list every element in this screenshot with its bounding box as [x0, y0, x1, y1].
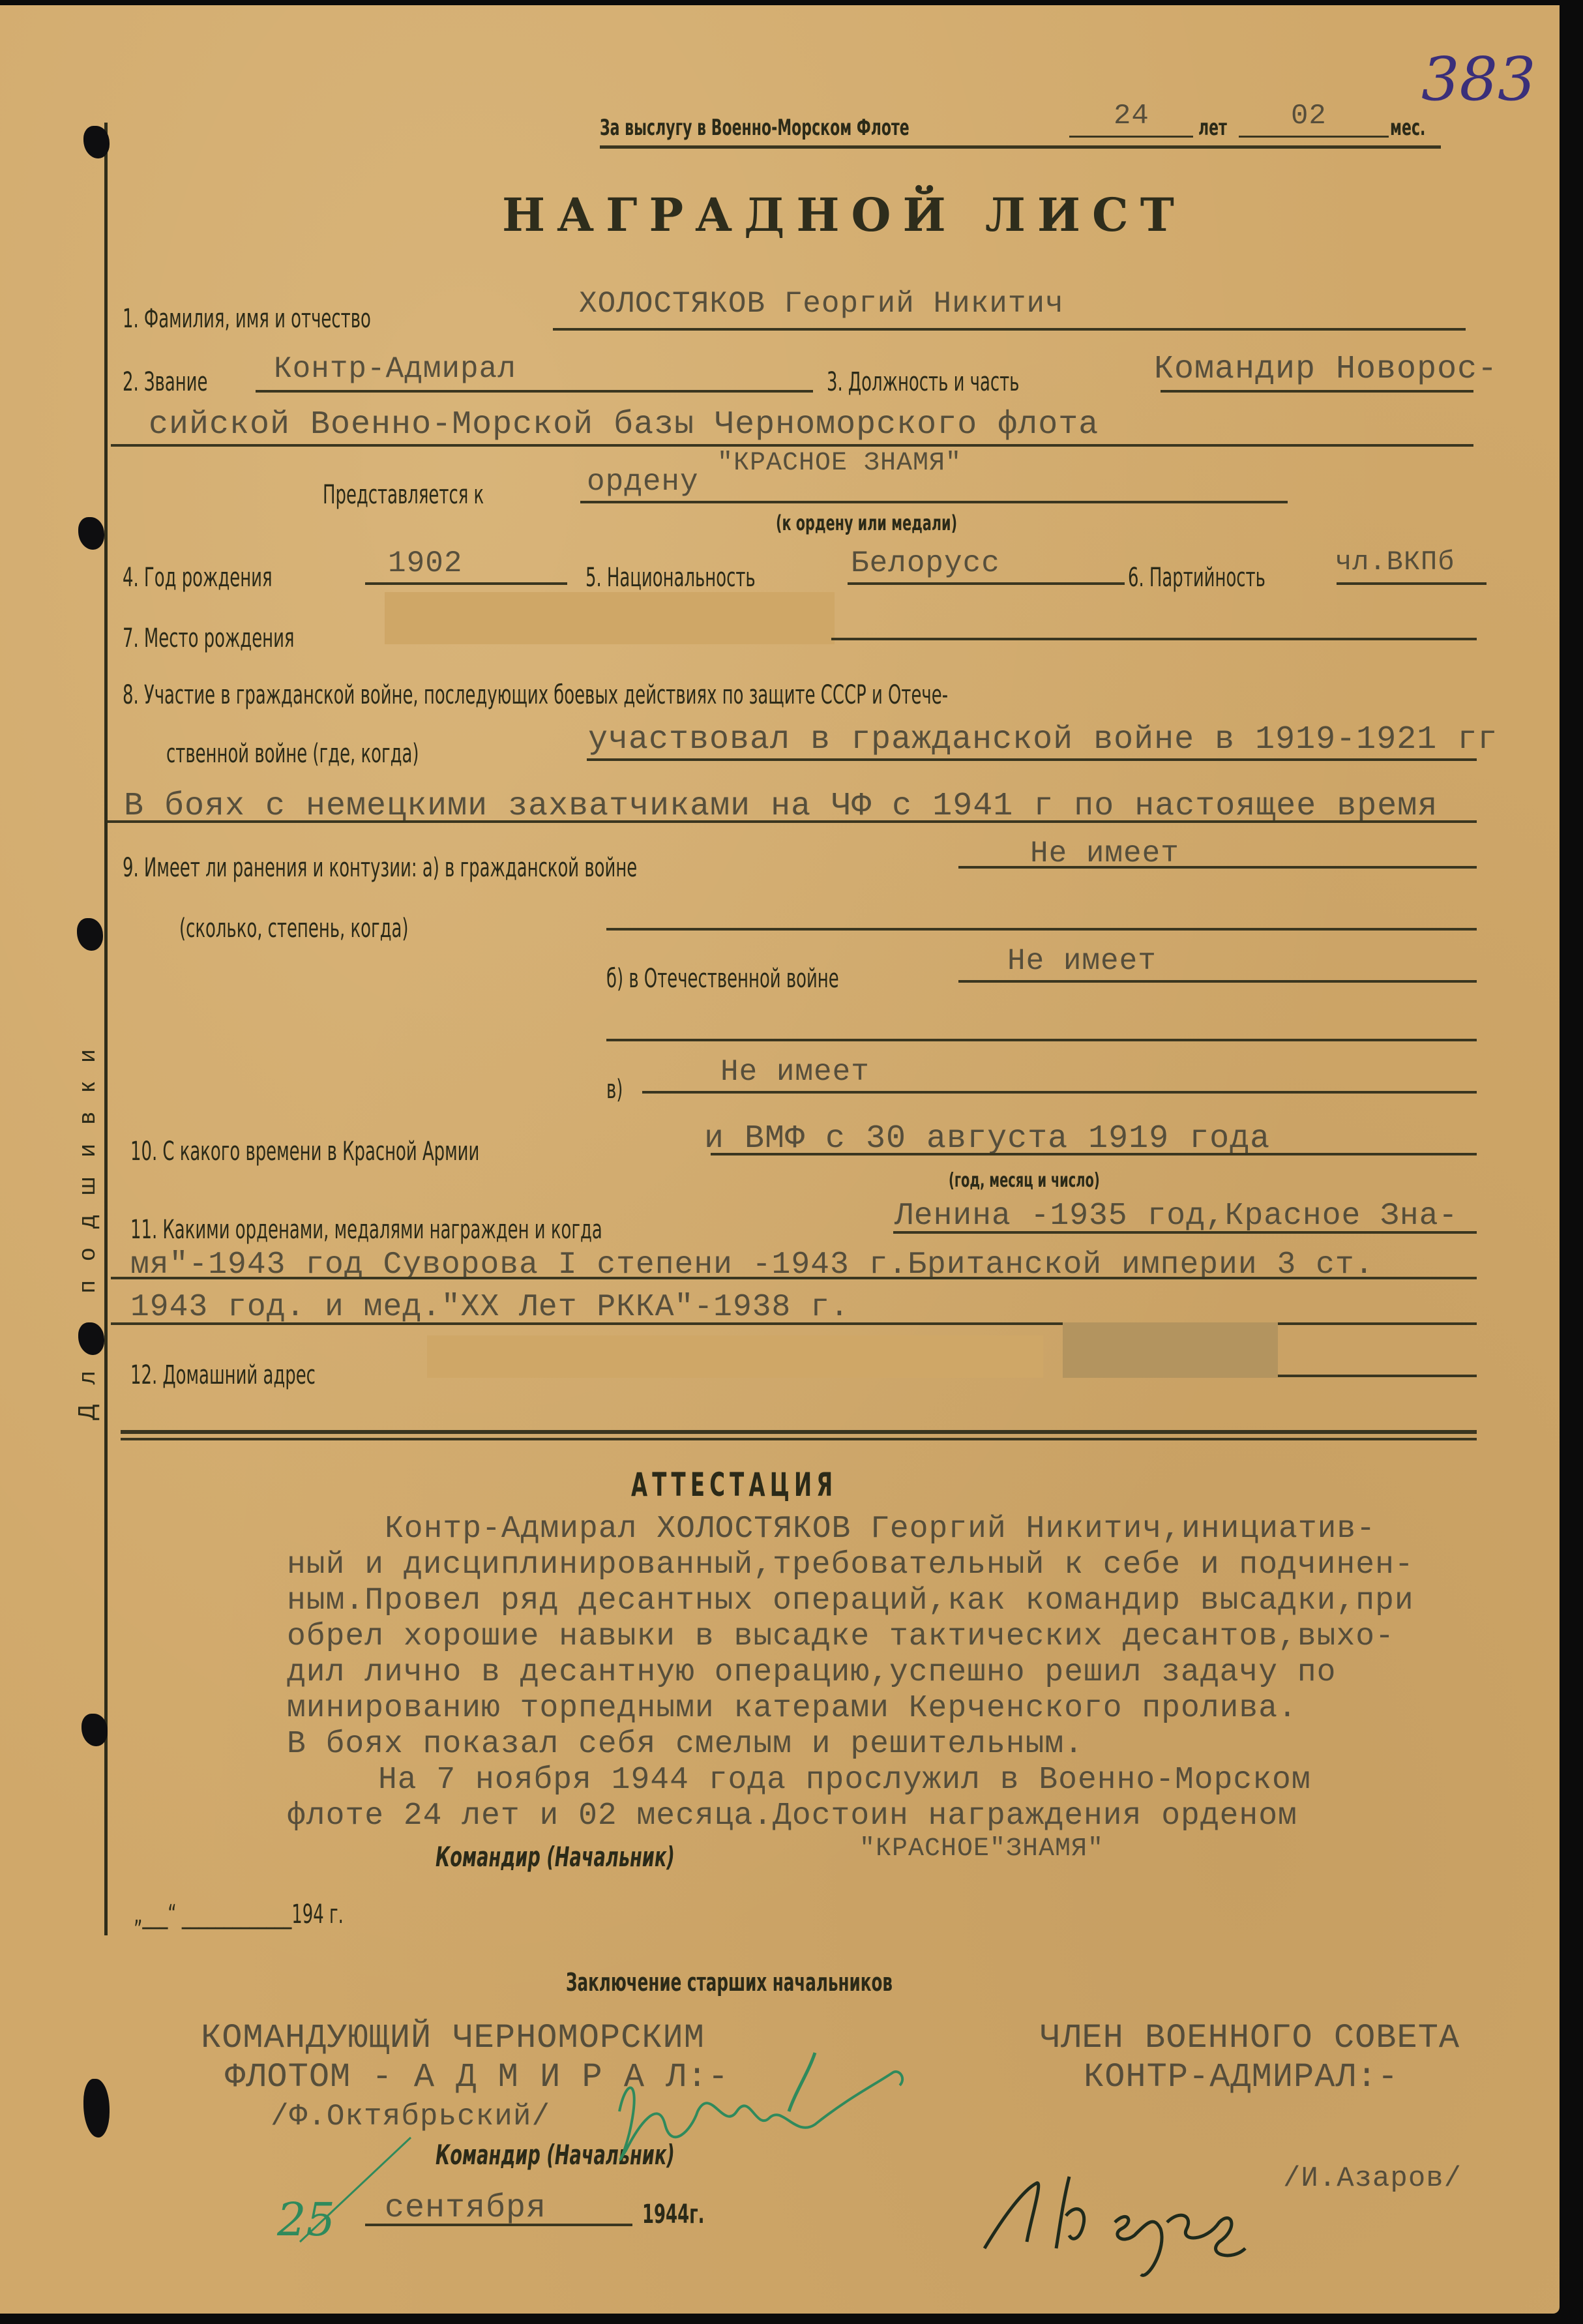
field-10-line	[711, 1153, 1477, 1155]
field-8-value-line2: В боях с немецкими захватчиками на ЧФ с …	[124, 788, 1438, 825]
service-months-value: 02	[1291, 100, 1327, 132]
field-11-value-line1: Ленина -1935 год,Красное Зна-	[895, 1199, 1458, 1234]
attestation-line: ный и дисциплинированный,требовательный …	[287, 1547, 1414, 1583]
field-5-line	[848, 582, 1125, 585]
punch-hole	[83, 126, 110, 158]
field-4-label: 4. Год рождения	[123, 563, 273, 593]
attestation-line: дил лично в десантную операцию,успешно р…	[287, 1655, 1336, 1690]
field-9b-line2	[606, 1039, 1477, 1041]
award-sheet-paper: 383 За выслугу в Военно-Морском Флоте 24…	[0, 5, 1560, 2314]
field-1-value: ХОЛОСТЯКОВ Георгий Никитич	[579, 287, 1064, 321]
signature-azarov-icon	[971, 2151, 1337, 2281]
field-5-value: Белорусс	[851, 546, 1000, 580]
attestation-line: минированию торпедными катерами Керченск…	[287, 1691, 1297, 1726]
section-separator	[121, 1430, 1477, 1434]
attestation-award-repeat: "КРАСНОЕ"ЗНАМЯ"	[859, 1834, 1104, 1864]
field-9c-line	[642, 1091, 1477, 1094]
field-9b-line	[958, 980, 1477, 983]
field-4-line	[365, 582, 567, 585]
field-11-line1	[893, 1231, 1477, 1234]
service-header-underline	[600, 145, 1441, 149]
field-8-line1	[587, 758, 1477, 761]
field-7-line	[831, 638, 1477, 640]
attestation-line: На 7 ноября 1944 года прослужил в Военно…	[378, 1763, 1311, 1798]
field-8-label-line1: 8. Участие в гражданской войне, последую…	[123, 680, 948, 710]
field-6-value: чл.ВКПб	[1335, 546, 1455, 578]
page-number: 383	[1421, 44, 1536, 114]
presented-award-name: "КРАСНОЕ ЗНАМЯ"	[717, 449, 962, 478]
attestation-commander-label: Командир (Начальник)	[436, 1841, 675, 1873]
field-2-label: 2. Звание	[123, 367, 207, 397]
field-11-label: 11. Какими орденами, медалями награжден …	[130, 1215, 602, 1245]
field-12-redaction-dark	[1063, 1322, 1278, 1378]
punch-hole	[83, 2079, 110, 2138]
field-9-label-c: в)	[606, 1075, 623, 1105]
field-2-line	[256, 390, 813, 393]
field-1-line	[553, 328, 1466, 331]
field-6-line	[1337, 582, 1487, 585]
field-3-value-line1: Командир Новорос-	[1154, 351, 1498, 388]
presented-hint: (к ордену или медали)	[776, 511, 957, 535]
field-9-value-b: Не имеет	[1007, 944, 1157, 978]
field-3-label: 3. Должность и часть	[827, 367, 1019, 397]
field-8-value-line1: участвовал в гражданской войне в 1919-19…	[588, 721, 1498, 758]
attestation-line: В боях показал себя смелым и решительным…	[287, 1727, 1084, 1762]
field-10-hint: (год, месяц и число)	[949, 1169, 1100, 1192]
punch-hole	[81, 1714, 108, 1746]
senior-right-line1: ЧЛЕН ВОЕННОГО СОВЕТА	[1040, 2019, 1460, 2057]
field-11-line2	[111, 1277, 1477, 1279]
presented-value: ордену	[587, 465, 699, 499]
field-5-label: 5. Национальность	[585, 563, 756, 593]
field-2-value: Контр-Адмирал	[274, 352, 516, 386]
attestation-line: флоте 24 лет и 02 месяца.Достоин награжд…	[287, 1798, 1297, 1834]
service-months-line	[1239, 136, 1389, 138]
service-header: За выслугу в Военно-Морском Флоте	[600, 115, 1029, 141]
field-10-value: и ВМФ с 30 августа 1919 года	[704, 1120, 1270, 1157]
field-8-label-line2: ственной войне (где, когда)	[166, 739, 419, 769]
field-12-line	[1278, 1375, 1477, 1377]
presented-line	[580, 501, 1288, 503]
field-7-redaction	[385, 592, 835, 644]
service-years-label: лет	[1198, 115, 1227, 141]
service-months-label: мес.	[1390, 115, 1425, 141]
field-3-value-line2: сийской Военно-Морской базы Черноморског…	[149, 406, 1099, 443]
field-3-line2	[111, 444, 1473, 447]
field-9-label-b: б) в Отечественной войне	[606, 964, 839, 994]
field-9a-line	[958, 866, 1477, 869]
page-title: НАГРАДНОЙ ЛИСТ	[502, 188, 1186, 242]
field-3-line	[1161, 390, 1473, 393]
field-10-label: 10. С какого времени в Красной Армии	[130, 1137, 479, 1167]
field-6-label: 6. Партийность	[1128, 563, 1265, 593]
attestation-date-blank: „___“ _____________194 г.	[134, 1899, 344, 1929]
field-8-line2	[108, 820, 1477, 823]
binding-margin-line	[104, 123, 108, 1935]
field-9-value-c: Не имеет	[720, 1055, 870, 1089]
service-years-line	[1069, 136, 1193, 138]
date-stroke-icon	[280, 2131, 424, 2248]
punch-hole	[78, 517, 104, 550]
field-12-label: 12. Домашний адрес	[130, 1360, 316, 1390]
senior-left-name: /Ф.Октябрьский/	[271, 2100, 550, 2134]
field-1-label: 1. Фамилия, имя и отчество	[123, 304, 371, 334]
field-9a-line2	[606, 928, 1477, 931]
field-9-sub-label: (сколько, степень, когда)	[179, 914, 409, 944]
attestation-line: обрел хорошие навыки в высадке тактическ…	[287, 1619, 1395, 1654]
presented-label: Представляется к	[323, 480, 484, 510]
senior-conclusion-heading: Заключение старших начальников	[566, 1968, 893, 1997]
service-header-label: За выслугу в Военно-Морском Флоте	[600, 115, 910, 141]
attestation-heading: АТТЕСТАЦИЯ	[631, 1466, 837, 1504]
field-4-value: 1902	[388, 546, 462, 580]
field-12-redaction	[427, 1335, 1043, 1378]
senior-date-year: 1944г.	[642, 2199, 705, 2229]
attestation-line: Контр-Адмирал ХОЛОСТЯКОВ Георгий Никитич…	[385, 1512, 1376, 1547]
section-separator	[121, 1438, 1477, 1440]
field-9-label: 9. Имеет ли ранения и контузии: а) в гра…	[123, 853, 637, 883]
attestation-line: ным.Провел ряд десантных операций,как ко…	[287, 1583, 1414, 1618]
service-years-value: 24	[1114, 100, 1149, 132]
field-7-label: 7. Место рождения	[123, 623, 295, 653]
field-11-value-line3: 1943 год. и мед."XX Лет РККА"-1938 г.	[130, 1290, 850, 1325]
senior-right-line2: КОНТР-АДМИРАЛ:-	[1084, 2058, 1398, 2096]
